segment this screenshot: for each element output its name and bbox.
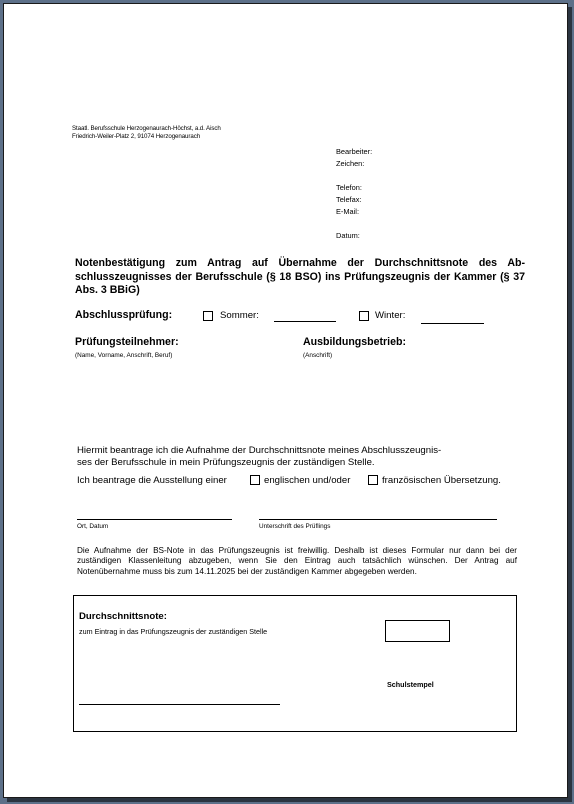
company-hint: (Anschrift) [303,352,332,359]
meta-zeichen: Zeichen: [336,159,364,168]
winter-input-line[interactable] [421,323,484,324]
company-label: Ausbildungsbetrieb: [303,336,406,348]
document-page: Staatl. Berufsschule Herzogenaurach-Höch… [3,3,568,798]
place-date-line[interactable] [77,519,232,520]
school-stamp-label: Schulstempel [387,680,434,689]
participant-hint: (Name, Vorname, Anschrift, Beruf) [75,352,172,359]
sender-line-1: Staatl. Berufsschule Herzogenaurach-Höch… [72,125,221,133]
grade-signature-line[interactable] [79,704,280,705]
document-title: Notenbestätigung zum Antrag auf Übernahm… [75,257,525,298]
grade-input-box[interactable] [385,620,450,642]
french-checkbox[interactable] [368,475,378,485]
sender-address: Staatl. Berufsschule Herzogenaurach-Höch… [72,125,221,141]
english-checkbox[interactable] [250,475,260,485]
summer-label: Sommer: [220,310,259,321]
meta-telefax: Telefax: [336,195,361,204]
meta-email: E-Mail: [336,207,359,216]
translation-prefix: Ich beantrage die Ausstellung einer [77,475,227,486]
grade-title: Durchschnittsnote: [79,611,167,622]
exam-label: Abschlussprüfung: [75,309,172,321]
meta-telefon: Telefon: [336,183,362,192]
request-line-1: Hiermit beantrage ich die Aufnahme der D… [77,445,441,456]
summer-input-line[interactable] [274,321,336,322]
winter-label: Winter: [375,310,405,321]
grade-subtitle: zum Eintrag in das Prüfungszeugnis der z… [79,627,267,636]
signature-line[interactable] [259,519,497,520]
participant-label: Prüfungsteilnehmer: [75,336,179,348]
sender-line-2: Friedrich-Weiler-Platz 2, 91074 Herzogen… [72,133,221,141]
voluntary-note: Die Aufnahme der BS-Note in das Prüfungs… [77,546,517,577]
grade-section: Durchschnittsnote: zum Eintrag in das Pr… [73,595,517,732]
winter-checkbox[interactable] [359,311,369,321]
signature-label: Unterschrift des Prüflings [259,523,330,530]
meta-datum: Datum: [336,231,360,240]
english-label: englischen und/oder [264,475,350,486]
place-date-label: Ort, Datum [77,523,108,530]
french-label: französischen Übersetzung. [382,475,501,486]
summer-checkbox[interactable] [203,311,213,321]
request-line-2: ses der Berufsschule in mein Prüfungszeu… [77,457,375,468]
meta-bearbeiter: Bearbeiter: [336,147,372,156]
